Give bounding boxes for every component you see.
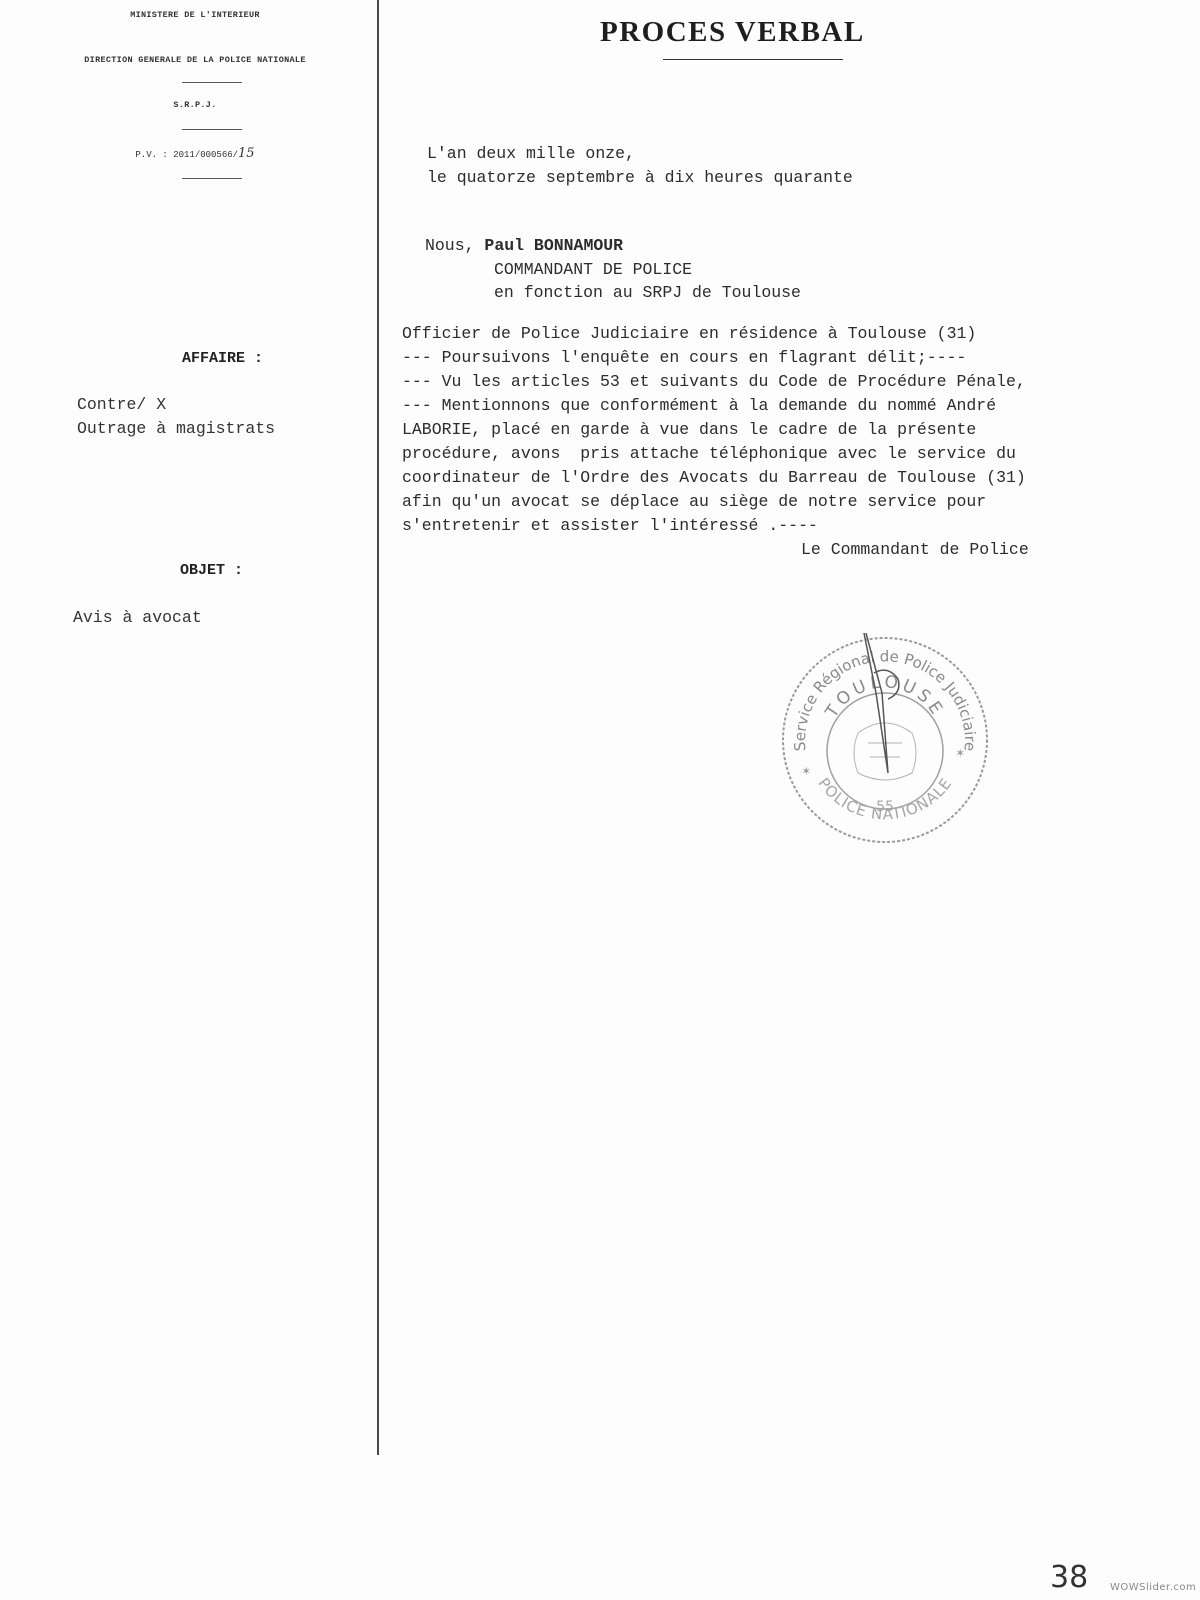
watermark: WOWSlider.com [1110,1582,1196,1593]
star-icon: ✶ [956,746,965,762]
objet-text: Avis à avocat [73,606,202,630]
star-icon: ✶ [802,764,811,780]
officer-line: Nous, Paul BONNAMOUR [425,234,623,258]
body-line: s'entretenir et assister l'intéressé .--… [402,514,818,538]
pv-number: P.V. : 2011/000566/15 [40,146,350,161]
affaire-line: Contre/ X [77,393,166,417]
body-line: afin qu'un avocat se déplace au siège de… [402,490,986,514]
body-line: Officier de Police Judiciaire en résiden… [402,322,976,346]
body-line: --- Mentionnons que conformément à la de… [402,394,996,418]
column-divider [377,0,379,1455]
page-number: 38 [1050,1560,1088,1595]
header-rule [182,178,242,179]
pv-handwritten-suffix: 15 [238,146,255,161]
pv-label: P.V. : 2011/000566/ [135,150,238,160]
date-line: le quatorze septembre à dix heures quara… [427,166,853,190]
body-line: LABORIE, placé en garde à vue dans le ca… [402,418,976,442]
date-line: L'an deux mille onze, [427,142,635,166]
official-stamp: Service Régional de Police Judiciaire TO… [778,633,992,847]
stamp-number: 55 [876,799,894,815]
header-rule [182,129,242,130]
document-page: MINISTERE DE L'INTERIEUR DIRECTION GENER… [0,0,1200,1600]
officer-name: Paul BONNAMOUR [484,236,623,255]
affaire-label: AFFAIRE : [182,350,263,367]
signature-line: Le Commandant de Police [801,538,1029,562]
objet-label: OBJET : [180,562,243,579]
body-line: procédure, avons pris attache téléphoniq… [402,442,1016,466]
officer-post: en fonction au SRPJ de Toulouse [494,281,801,305]
document-title: PROCES VERBAL [600,16,865,49]
ministry-header: MINISTERE DE L'INTERIEUR [40,10,350,20]
officer-rank: COMMANDANT DE POLICE [494,258,692,282]
affaire-line: Outrage à magistrats [77,417,275,441]
body-line: coordinateur de l'Ordre des Avocats du B… [402,466,1026,490]
officer-prefix: Nous, [425,236,475,255]
header-rule [182,82,242,83]
service-header: S.R.P.J. [40,100,350,110]
title-underline [663,59,843,60]
body-line: --- Poursuivons l'enquête en cours en fl… [402,346,966,370]
direction-header: DIRECTION GENERALE DE LA POLICE NATIONAL… [40,55,350,65]
body-line: --- Vu les articles 53 et suivants du Co… [402,370,1026,394]
